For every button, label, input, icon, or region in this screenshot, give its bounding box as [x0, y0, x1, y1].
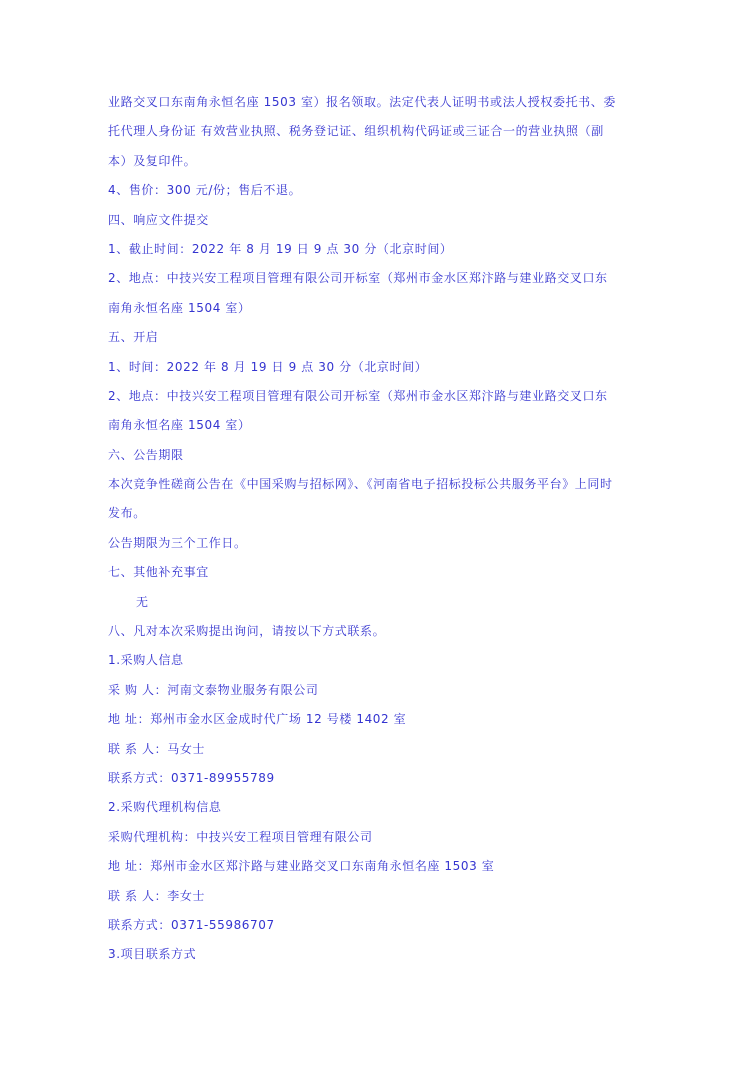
paragraph-line: 托代理人身份证 有效营业执照、税务登记证、组织机构代码证或三证合一的营业执照（副	[108, 117, 648, 146]
location-line: 2、地点：中技兴安工程项目管理有限公司开标室（郑州市金水区郑汴路与建业路交叉口东	[108, 382, 648, 411]
section-heading: 六、公告期限	[108, 441, 648, 470]
subsection-heading: 3.项目联系方式	[108, 940, 648, 969]
purchaser-name: 采 购 人：河南文泰物业服务有限公司	[108, 676, 648, 705]
paragraph-line: 公告期限为三个工作日。	[108, 529, 648, 558]
purchaser-contact: 联 系 人：马女士	[108, 735, 648, 764]
agency-phone: 联系方式：0371-55986707	[108, 911, 648, 940]
section-heading: 五、开启	[108, 323, 648, 352]
section-heading: 七、其他补充事宜	[108, 558, 648, 587]
paragraph-line: 无	[108, 588, 648, 617]
agency-contact: 联 系 人：李女士	[108, 882, 648, 911]
paragraph-line: 本）及复印件。	[108, 147, 648, 176]
agency-name: 采购代理机构：中技兴安工程项目管理有限公司	[108, 823, 648, 852]
paragraph-line: 业路交叉口东南角永恒名座 1503 室）报名领取。法定代表人证明书或法人授权委托…	[108, 88, 648, 117]
subsection-heading: 1.采购人信息	[108, 646, 648, 675]
opening-time-line: 1、时间：2022 年 8 月 19 日 9 点 30 分（北京时间）	[108, 353, 648, 382]
location-line: 2、地点：中技兴安工程项目管理有限公司开标室（郑州市金水区郑汴路与建业路交叉口东	[108, 264, 648, 293]
section-heading: 四、响应文件提交	[108, 206, 648, 235]
price-line: 4、售价：300 元/份；售后不退。	[108, 176, 648, 205]
document-body: 业路交叉口东南角永恒名座 1503 室）报名领取。法定代表人证明书或法人授权委托…	[108, 88, 648, 970]
deadline-line: 1、截止时间：2022 年 8 月 19 日 9 点 30 分（北京时间）	[108, 235, 648, 264]
purchaser-phone: 联系方式：0371-89955789	[108, 764, 648, 793]
paragraph-line: 本次竞争性磋商公告在《中国采购与招标网》、《河南省电子招标投标公共服务平台》上同…	[108, 470, 648, 499]
purchaser-address: 地 址：郑州市金水区金成时代广场 12 号楼 1402 室	[108, 705, 648, 734]
subsection-heading: 2.采购代理机构信息	[108, 793, 648, 822]
section-heading: 八、凡对本次采购提出询问，请按以下方式联系。	[108, 617, 648, 646]
agency-address: 地 址：郑州市金水区郑汴路与建业路交叉口东南角永恒名座 1503 室	[108, 852, 648, 881]
location-line: 南角永恒名座 1504 室）	[108, 294, 648, 323]
paragraph-line: 发布。	[108, 499, 648, 528]
location-line: 南角永恒名座 1504 室）	[108, 411, 648, 440]
